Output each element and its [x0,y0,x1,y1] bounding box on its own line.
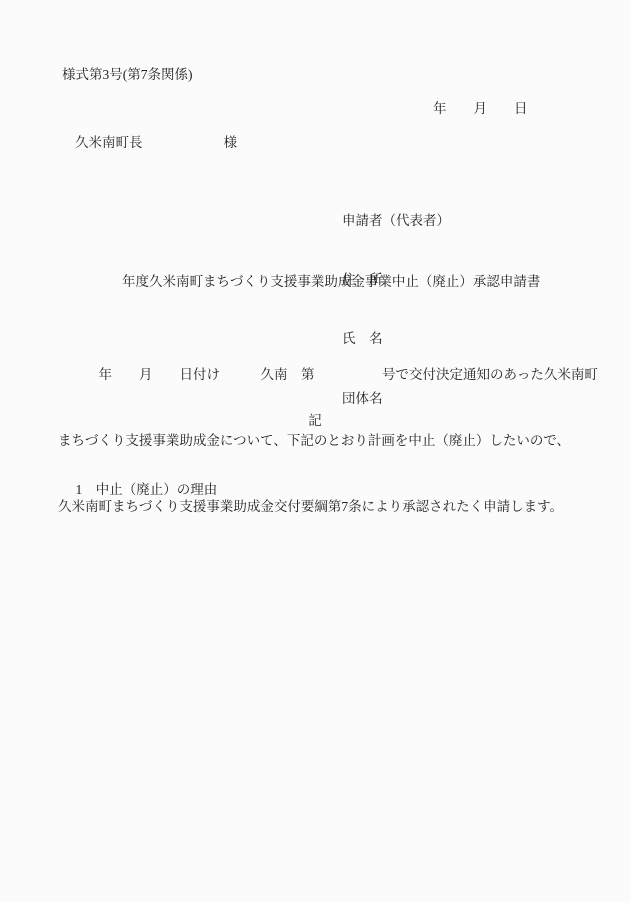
record-marker: 記 [0,409,630,429]
form-number: 様式第3号(第7条関係) [62,63,193,83]
body-paragraph: 年 月 日付け 久南 第 号で交付決定通知のあった久米南町 まちづくり支援事業助… [58,320,598,562]
item-label: 中止（廃止）の理由 [96,482,218,497]
document-page: 様式第3号(第7条関係) 年 月 日 久米南町長 様 申請者（代表者） 住 所 … [0,0,630,903]
date-line: 年 月 日 [433,97,528,117]
body-line-2: まちづくり支援事業助成金について、下記のとおり計画を中止（廃止）したいので、 [58,430,598,452]
addressee-line: 久米南町長 様 [75,131,237,151]
document-title: 年度久米南町まちづくり支援事業助成金事業中止（廃止）承認申請書 [122,270,540,290]
item-number: 1 [76,482,83,497]
applicant-representative-label: 申請者（代表者） [342,211,450,231]
body-line-1: 年 月 日付け 久南 第 号で交付決定通知のあった久米南町 [58,364,598,386]
list-item-1: 1中止（廃止）の理由 [62,462,217,514]
